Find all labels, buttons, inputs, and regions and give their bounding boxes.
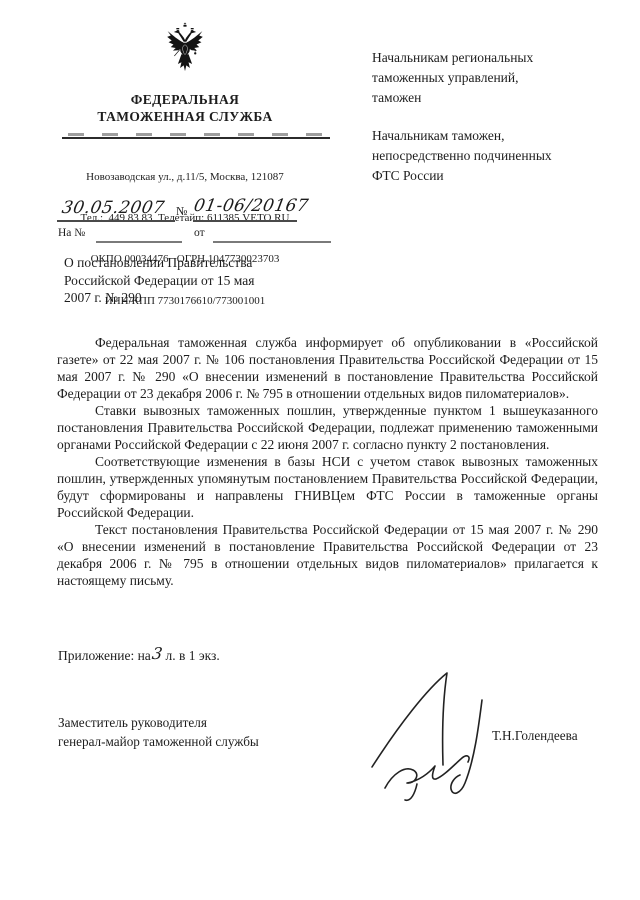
- org-address-block: Новозаводская ул., д.11/5, Москва, 12108…: [40, 143, 330, 336]
- addressee-group-2: Начальникам таможен, непосредственно под…: [372, 126, 604, 186]
- org-name-line1: ФЕДЕРАЛЬНАЯ: [45, 92, 325, 109]
- addressee-block: Начальникам региональных таможенных упра…: [372, 48, 604, 186]
- attachment-suffix: л. в 1 экз.: [166, 648, 220, 663]
- attachment-prefix: Приложение: на: [58, 648, 151, 663]
- addressee-group-1: Начальникам региональных таможенных упра…: [372, 48, 604, 108]
- address-line: Новозаводская ул., д.11/5, Москва, 12108…: [40, 171, 330, 185]
- handwritten-signature-icon: [365, 663, 500, 808]
- reply-number-blank-line: [96, 241, 182, 243]
- signer-position-line: Заместитель руководителя: [58, 714, 259, 733]
- letter-body: Федеральная таможенная служба информируе…: [57, 334, 598, 589]
- attachment-note: Приложение: на3л. в 1 экз.: [58, 645, 220, 664]
- body-paragraph: Текст постановления Правительства Россий…: [57, 521, 598, 589]
- signer-name: Т.Н.Голендеева: [492, 728, 578, 744]
- subject-line: 2007 г. № 290: [64, 289, 294, 307]
- handwritten-outgoing-number: 01-06/20167: [192, 196, 310, 216]
- addressee-line: Начальникам таможен,: [372, 126, 604, 146]
- reply-date-blank-line: [213, 241, 331, 243]
- number-sign-label: №: [176, 204, 187, 219]
- addressee-line: таможенных управлений,: [372, 68, 604, 88]
- addressee-line: непосредственно подчиненных: [372, 146, 604, 166]
- reply-from-label: от: [194, 227, 205, 239]
- addressee-line: Начальникам региональных: [372, 48, 604, 68]
- handwritten-date: 30.05.2007: [60, 198, 166, 218]
- subject-line: Российской Федерации от 15 мая: [64, 272, 294, 290]
- body-paragraph: Ставки вывозных таможенных пошлин, утвер…: [57, 402, 598, 453]
- body-paragraph: Соответствующие изменения в базы НСИ с у…: [57, 453, 598, 521]
- addressee-line: таможен: [372, 88, 604, 108]
- date-underline: [57, 220, 175, 222]
- org-name-line2: ТАМОЖЕННАЯ СЛУЖБА: [45, 109, 325, 126]
- subject-line: О постановлении Правительства: [64, 254, 294, 272]
- org-name: ФЕДЕРАЛЬНАЯ ТАМОЖЕННАЯ СЛУЖБА: [45, 92, 325, 125]
- handwritten-sheet-count: 3: [151, 644, 164, 663]
- subject-block: О постановлении Правительства Российской…: [64, 254, 294, 307]
- number-underline: [193, 220, 297, 222]
- header-divider: [62, 137, 330, 139]
- scanned-letter-page: ФЕДЕРАЛЬНАЯ ТАМОЖЕННАЯ СЛУЖБА Новозаводс…: [0, 0, 640, 900]
- signer-position-line: генерал-майор таможенной службы: [58, 733, 259, 752]
- addressee-line: ФТС России: [372, 166, 604, 186]
- signer-position-block: Заместитель руководителя генерал-майор т…: [58, 714, 259, 751]
- body-paragraph: Федеральная таможенная служба информируе…: [57, 334, 598, 402]
- coat-of-arms-eagle-icon: [165, 22, 205, 78]
- reply-to-number-label: На №: [58, 227, 85, 239]
